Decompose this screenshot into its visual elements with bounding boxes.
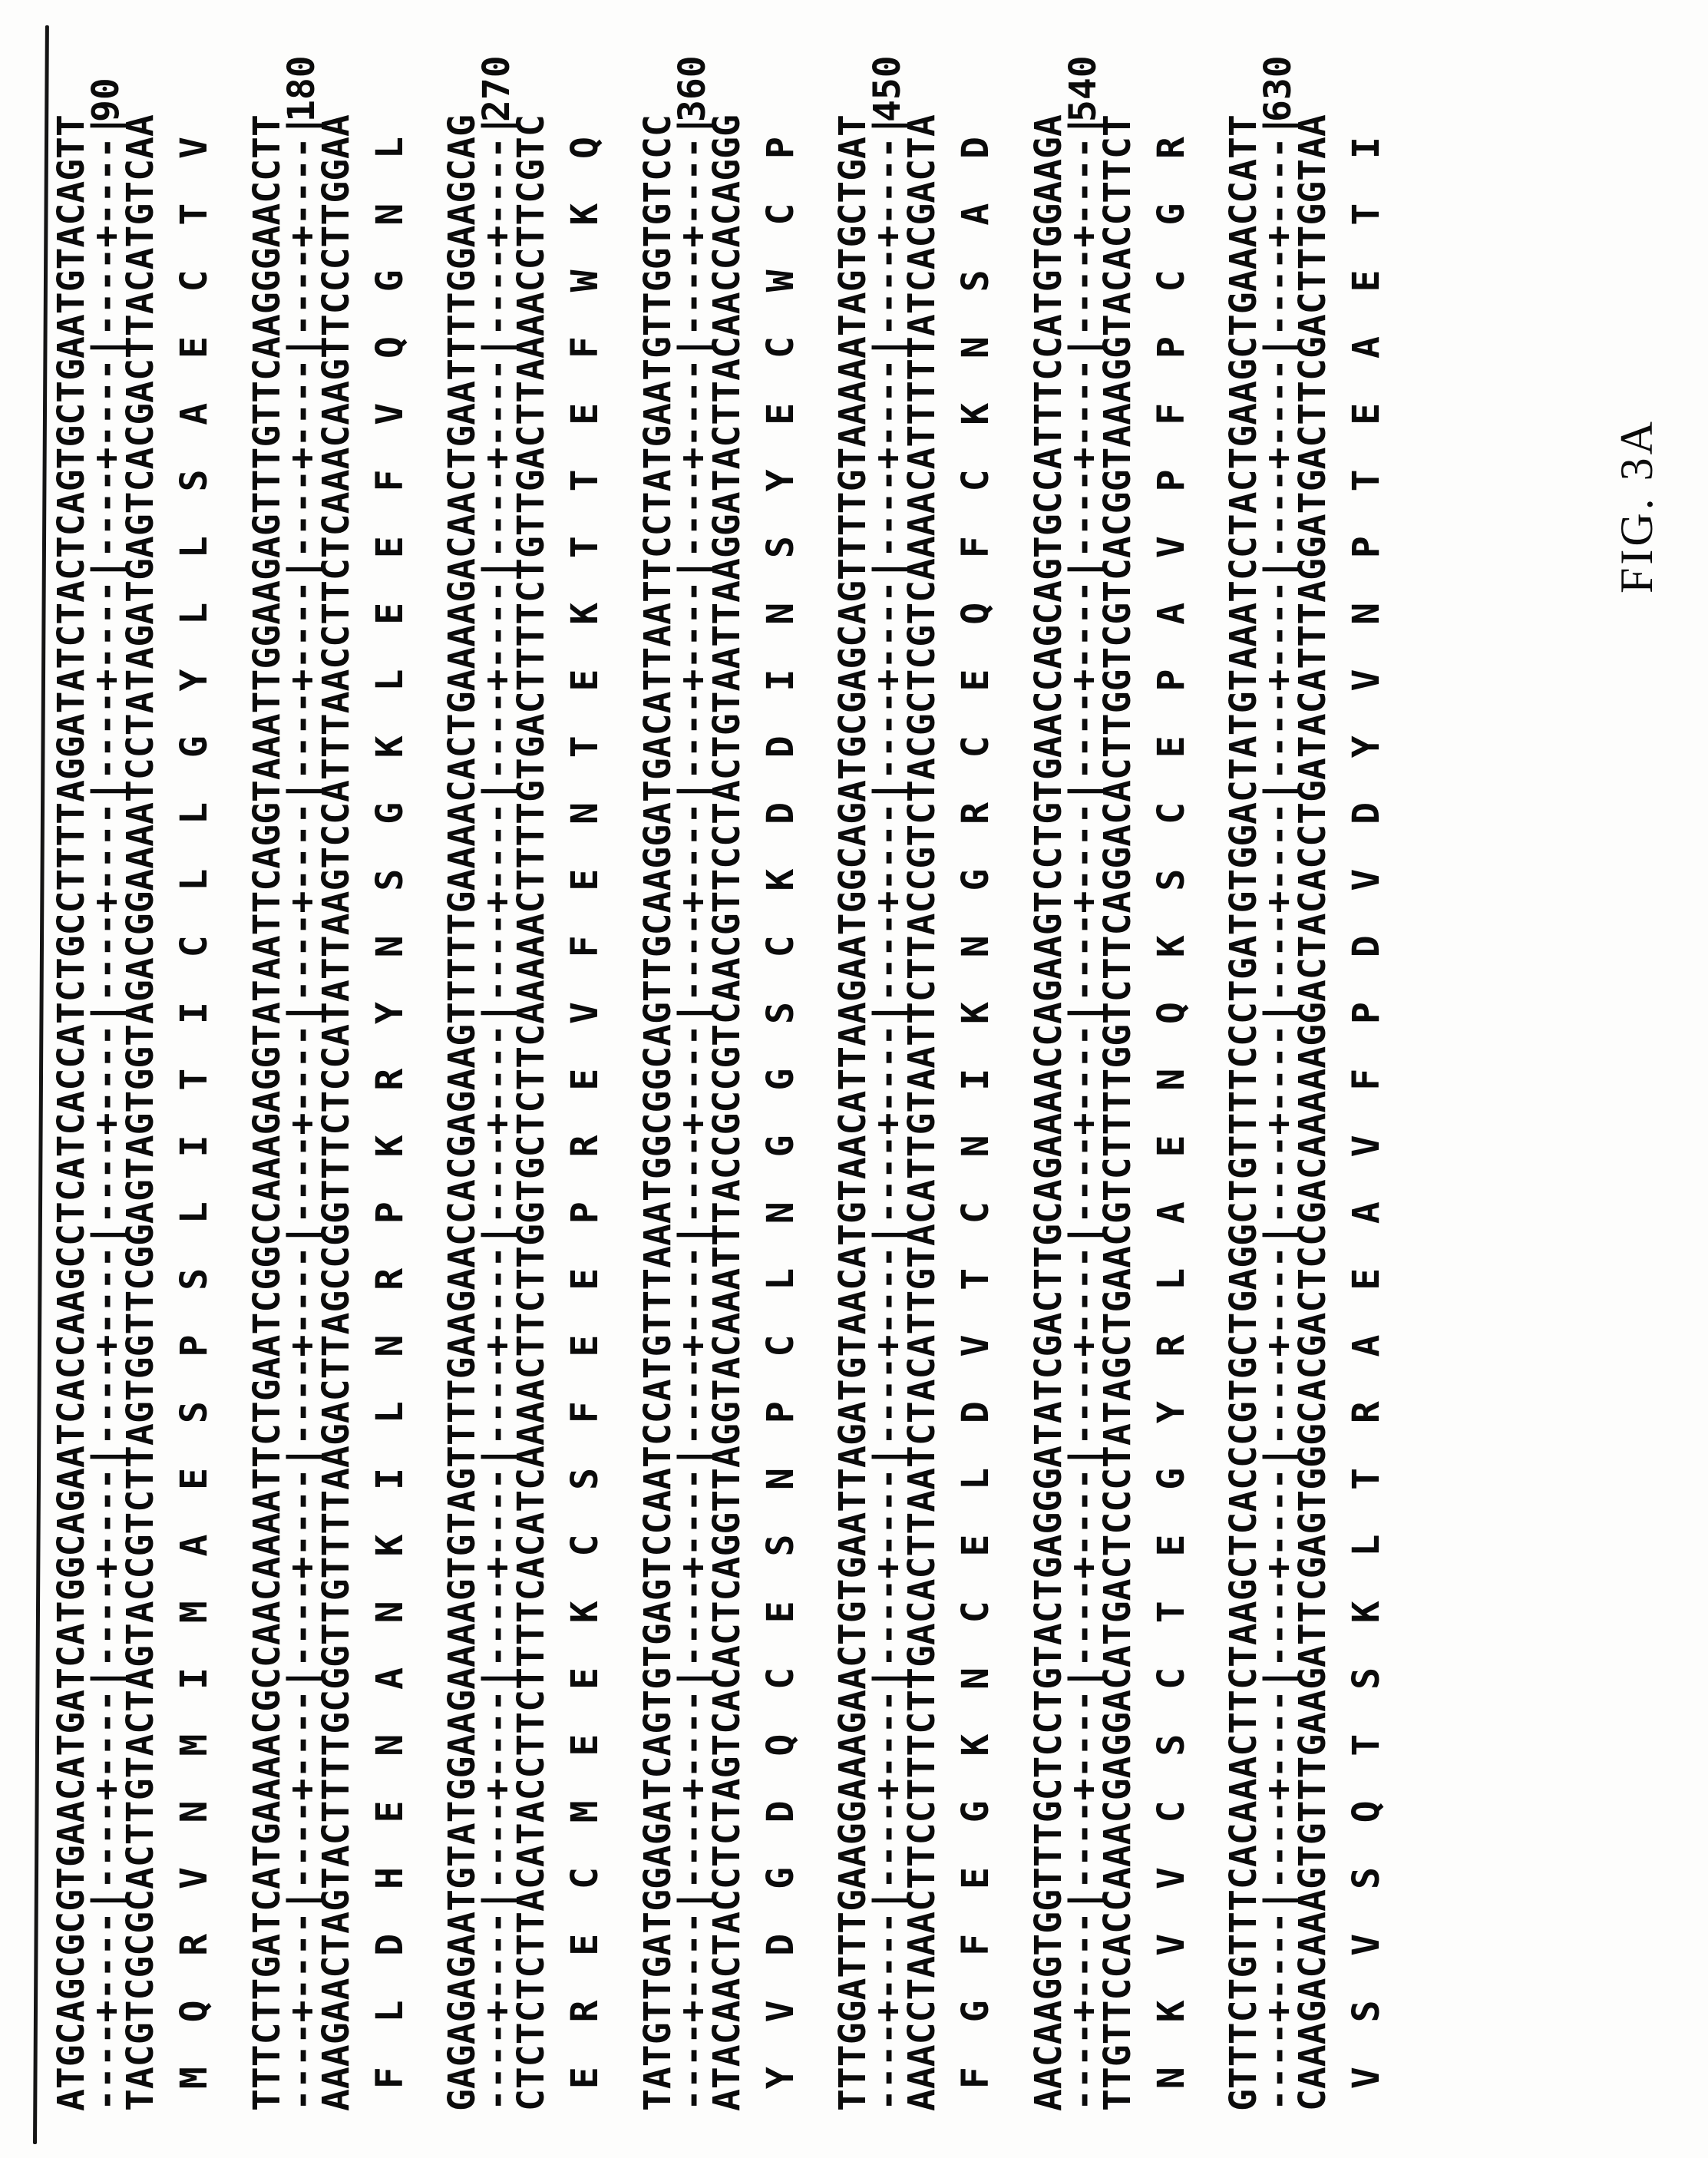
- antisense-strand: AAACCTAAACTTCCTTTCTTGACACTTAATCTACATTGTA…: [904, 114, 940, 2111]
- antisense-strand: TACGTCGCGCACTTGTACTAGTACCGTCTTAGTGGTTCGG…: [122, 114, 159, 2111]
- antisense-strand: AAAGAACTAGTACTTTTGCGGTTGTTTTAAGACTTAGCCG…: [318, 114, 355, 2111]
- amino-acid-line: N K V V C S C T E G Y R L A E N Q K S C …: [1153, 137, 1190, 2111]
- antisense-strand: TTGTTCCACCAAACGAGGACATGACTCCCTATAGCTGAAC…: [1099, 114, 1136, 2111]
- antisense-strand: CAAAGACAAAGTGTTTGAAGATTCGAGTGGGCACGACTCC…: [1294, 114, 1331, 2111]
- sequence-block-5: TTTGGATTTGAAGGAAAGAACTGTGAATTAGATGTAACAT…: [834, 0, 1011, 2158]
- sequence-block-7: GTTTCTGTTTCACAAACTTCTAAGCTCACCCGTGCTGAGG…: [1225, 0, 1402, 2158]
- rotated-sheet: ATGCAGCGCGTGAACATGATCATGGCAGAATCACCAAGCC…: [0, 0, 1708, 2158]
- position-label: 180: [283, 55, 320, 122]
- position-label: 630: [1260, 55, 1297, 122]
- amino-acid-line: M Q R V N M I M A E S P S L I T I C L L …: [176, 137, 213, 2111]
- amino-acid-line: V S V S Q T S K L T R A E A V F P D V D …: [1348, 137, 1385, 2111]
- position-label: 270: [478, 55, 515, 122]
- page-top-rule: [33, 25, 49, 2144]
- figure-caption: FIG. 3A: [1612, 418, 1661, 593]
- amino-acid-line: Y V D G D Q C E S N P C L N G G S C K D …: [762, 137, 799, 2111]
- antisense-strand: CTCTCTCTTACATACCTTCTTTTCACATCAAAACTTCTTG…: [513, 114, 550, 2111]
- position-label: 360: [674, 55, 711, 122]
- scanned-patent-page: ATGCAGCGCGTGAACATGATCATGGCAGAATCACCAAGCC…: [0, 0, 1708, 2158]
- amino-acid-line: F G F E G K N C E L D V T C N I K N G R …: [957, 137, 994, 2111]
- sequence-block-1: ATGCAGCGCGTGAACATGATCATGGCAGAATCACCAAGCC…: [53, 0, 230, 2158]
- sequence-block-6: AACAAGGTGGTTTGCTCCTGTACTGAGGGATATCGACTTG…: [1030, 0, 1207, 2158]
- sequence-block-4: TATGTTGATGGAGATCAGTGTGAGTCCAATCCATGTTTAA…: [639, 0, 816, 2158]
- amino-acid-line: E R E C M E E K C S F E E P R E V F E N …: [567, 137, 603, 2111]
- amino-acid-line: F L D H E N A N K I L N R P K R Y N S G …: [372, 137, 408, 2111]
- position-label: 540: [1065, 55, 1102, 122]
- sequence-block-3: GAGAGAGAATGTATGGAAGAAAAGTGTAGTTTTGAAGAAC…: [444, 0, 620, 2158]
- antisense-strand: ATACAACTACCTCTAGTCACACTCAGGTTAGGTACAAATT…: [709, 114, 745, 2111]
- position-label: 450: [869, 55, 906, 122]
- sequence-block-2: TTTCTTGATCATGAAAACGCCAACAAAATTCTGAATCGGC…: [249, 0, 425, 2158]
